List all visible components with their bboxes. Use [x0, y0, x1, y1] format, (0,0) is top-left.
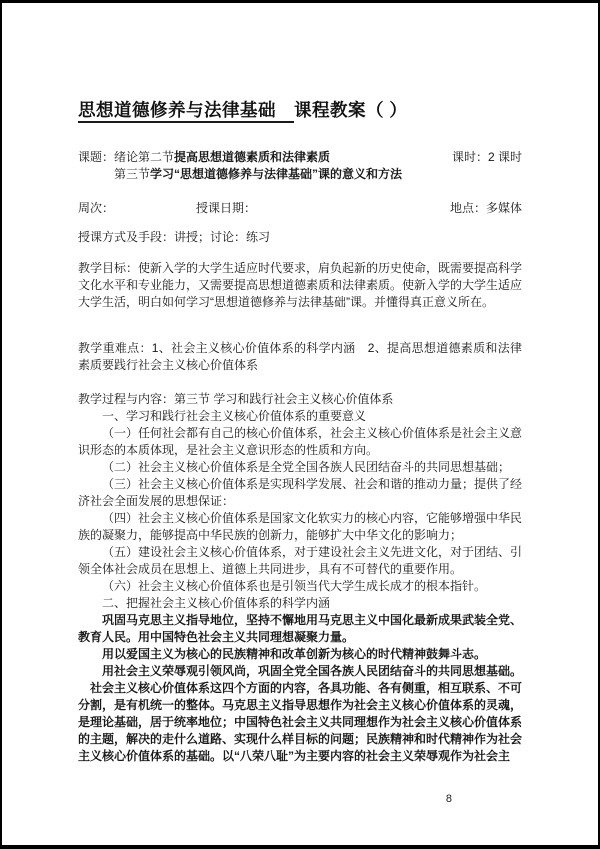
title-suffix: 课程教案（ ）: [294, 100, 407, 120]
teaching-objective: 教学目标：使新入学的大学生适应时代要求，肩负起新的历史使命，既需要提高科学文化水…: [78, 260, 522, 311]
page-content: 思想道德修养与法律基础 课程教案（ ） 课题：绪论第二节提高思想道德素质和法律素…: [78, 3, 522, 808]
section-two-heading: 二、把握社会主义核心价值体系的科学内涵: [78, 595, 522, 612]
point-3: （三）社会主义核心价值体系是实现科学发展、社会和谐的推动力量；提供了经济社会全面…: [78, 476, 522, 510]
subject-line1: 课题：绪论第二节提高思想道德素质和法律素质: [78, 149, 330, 166]
subject-label: 课题：: [78, 150, 114, 164]
subject-row: 课题：绪论第二节提高思想道德素质和法律素质 课时：2 课时: [78, 149, 522, 166]
key-difficult-points: 教学重难点：1、社会主义核心价值体系的科学内涵 2、提高思想道德素质和法律素质要…: [78, 340, 522, 374]
point-1: （一）任何社会都有自己的核心价值体系，社会主义核心价值体系是社会主义意识形态的本…: [78, 425, 522, 459]
week-label: 周次：: [78, 200, 196, 217]
section-one-heading: 一、学习和践行社会主义核心价值体系的重要意义: [78, 408, 522, 425]
subject-line2: 第三节学习“思想道德修养与法律基础”课的意义和方法: [78, 166, 522, 183]
point-6: （六）社会主义核心价值体系也是引领当代大学生成长成才的根本指针。: [78, 578, 522, 595]
course-name-underlined: 思想道德修养与法律基础: [78, 100, 294, 123]
para-honor: 用社会主义荣辱观引领风尚，巩固全党全国各族人民团结奋斗的共同思想基础。: [78, 663, 522, 680]
page-number: 8: [78, 791, 522, 808]
subject-intro2: 第三节: [114, 167, 150, 181]
date-label: 授课日期：: [196, 200, 450, 217]
subject-intro: 绪论第二节: [114, 150, 174, 164]
class-hours: 课时：2 课时: [452, 149, 522, 166]
para-four-aspects: 社会主义核心价值体系这四个方面的内容，各具功能、各有侧重，相互联系、不可分割，是…: [78, 680, 522, 765]
location-label: 地点：多媒体: [450, 200, 522, 217]
point-2: （二）社会主义核心价值体系是全党全国各族人民团结奋斗的共同思想基础；: [78, 459, 522, 476]
teaching-method: 授课方式及手段：讲授；讨论：练习: [78, 229, 522, 246]
document-page: 思想道德修养与法律基础 课程教案（ ） 课题：绪论第二节提高思想道德素质和法律素…: [0, 0, 600, 849]
point-4: （四）社会主义核心价值体系是国家文化软实力的核心内容，它能够增强中华民族的凝聚力…: [78, 510, 522, 544]
subject-topic1: 提高思想道德素质和法律素质: [174, 150, 330, 164]
para-patriotism: 用以爱国主义为核心的民族精神和改革创新为核心的时代精神鼓舞斗志。: [78, 646, 522, 663]
point-5: （五）建设社会主义核心价值体系，对于建设社会主义先进文化，对于团结、引领全体社会…: [78, 544, 522, 578]
page-title: 思想道德修养与法律基础 课程教案（ ）: [78, 99, 522, 122]
content-heading: 教学过程与内容：第三节 学习和践行社会主义核心价值体系: [78, 391, 522, 408]
para-marxism: 巩固马克思主义指导地位，坚持不懈地用马克思主义中国化最新成果武装全党、教育人民。…: [78, 612, 522, 646]
schedule-row: 周次： 授课日期： 地点：多媒体: [78, 200, 522, 217]
subject-topic2: 学习“思想道德修养与法律基础”课的意义和方法: [150, 167, 402, 181]
lesson-content: 教学过程与内容：第三节 学习和践行社会主义核心价值体系 一、学习和践行社会主义核…: [78, 391, 522, 765]
